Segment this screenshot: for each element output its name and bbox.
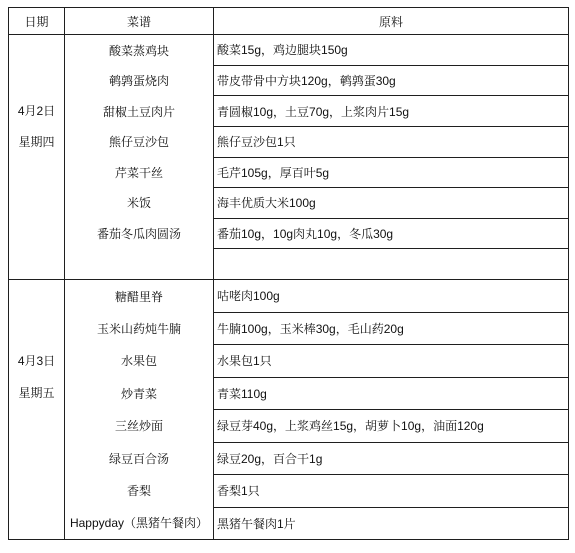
menu-column: 糖醋里脊 玉米山药炖牛腩 水果包 炒青菜 三丝炒面 绿豆百合汤 香梨 Happy…: [65, 280, 214, 539]
menu-column: 酸菜蒸鸡块 鹌鹑蛋烧肉 甜椒土豆肉片 熊仔豆沙包 芹菜干丝 米饭 番茄冬瓜肉圆汤: [65, 35, 214, 279]
ingredient-cell: 绿豆20g，百合干1g: [214, 443, 568, 476]
dish-cell: 米饭: [65, 188, 213, 219]
day-section-friday: 4月3日 星期五 糖醋里脊 玉米山药炖牛腩 水果包 炒青菜 三丝炒面 绿豆百合汤…: [9, 280, 568, 539]
weekday-text: 星期四: [9, 127, 64, 158]
table-header-row: 日期 菜谱 原料: [9, 8, 568, 35]
ingredient-cell: 香梨1只: [214, 475, 568, 508]
ingredient-cell: 水果包1只: [214, 345, 568, 378]
ingredient-cell: 酸菜15g，鸡边腿块150g: [214, 35, 568, 66]
ingredient-cell: 牛腩100g，玉米棒30g，毛山药20g: [214, 313, 568, 346]
dish-cell: 绿豆百合汤: [65, 442, 213, 474]
dish-cell-empty: [65, 249, 213, 280]
ingredient-cell-empty: [214, 249, 568, 279]
weekday-text: 星期五: [9, 377, 64, 409]
date-text: 4月2日: [9, 96, 64, 127]
dish-cell: 鹌鹑蛋烧肉: [65, 66, 213, 97]
dish-cell: 炒青菜: [65, 377, 213, 409]
ingredients-column: 酸菜15g，鸡边腿块150g 带皮带骨中方块120g，鹌鹑蛋30g 青圆椒10g…: [214, 35, 568, 279]
date-cell: 4月3日 星期五: [9, 280, 65, 539]
ingredient-cell: 海丰优质大米100g: [214, 188, 568, 219]
dish-cell: 水果包: [65, 345, 213, 377]
dish-cell: 甜椒土豆肉片: [65, 96, 213, 127]
header-date: 日期: [9, 8, 65, 34]
dish-cell: 熊仔豆沙包: [65, 127, 213, 158]
ingredient-cell: 番茄10g，10g肉丸10g，冬瓜30g: [214, 219, 568, 250]
dish-cell: Happyday（黑猪午餐肉）: [65, 507, 213, 539]
ingredient-cell: 咕咾肉100g: [214, 280, 568, 313]
ingredient-cell: 熊仔豆沙包1只: [214, 127, 568, 158]
ingredient-cell: 黑猪午餐肉1片: [214, 508, 568, 540]
header-menu: 菜谱: [65, 8, 214, 34]
dish-cell: 芹菜干丝: [65, 157, 213, 188]
ingredient-cell: 带皮带骨中方块120g，鹌鹑蛋30g: [214, 66, 568, 97]
menu-table: 日期 菜谱 原料 4月2日 星期四 酸菜蒸鸡块 鹌鹑蛋烧肉 甜椒土豆肉片 熊仔豆…: [8, 7, 569, 540]
dish-cell: 香梨: [65, 474, 213, 506]
dish-cell: 番茄冬瓜肉圆汤: [65, 218, 213, 249]
ingredient-cell: 毛芹105g，厚百叶5g: [214, 158, 568, 189]
ingredient-cell: 青菜110g: [214, 378, 568, 411]
header-ingredients: 原料: [214, 8, 568, 34]
ingredient-cell: 绿豆芽40g，上浆鸡丝15g，胡萝卜10g，油面120g: [214, 410, 568, 443]
dish-cell: 糖醋里脊: [65, 280, 213, 312]
date-text: 4月3日: [9, 345, 64, 377]
date-cell: 4月2日 星期四: [9, 35, 65, 279]
day-section-thursday: 4月2日 星期四 酸菜蒸鸡块 鹌鹑蛋烧肉 甜椒土豆肉片 熊仔豆沙包 芹菜干丝 米…: [9, 35, 568, 280]
dish-cell: 三丝炒面: [65, 410, 213, 442]
ingredients-column: 咕咾肉100g 牛腩100g，玉米棒30g，毛山药20g 水果包1只 青菜110…: [214, 280, 568, 539]
dish-cell: 玉米山药炖牛腩: [65, 312, 213, 344]
ingredient-cell: 青圆椒10g，土豆70g，上浆肉片15g: [214, 96, 568, 127]
dish-cell: 酸菜蒸鸡块: [65, 35, 213, 66]
